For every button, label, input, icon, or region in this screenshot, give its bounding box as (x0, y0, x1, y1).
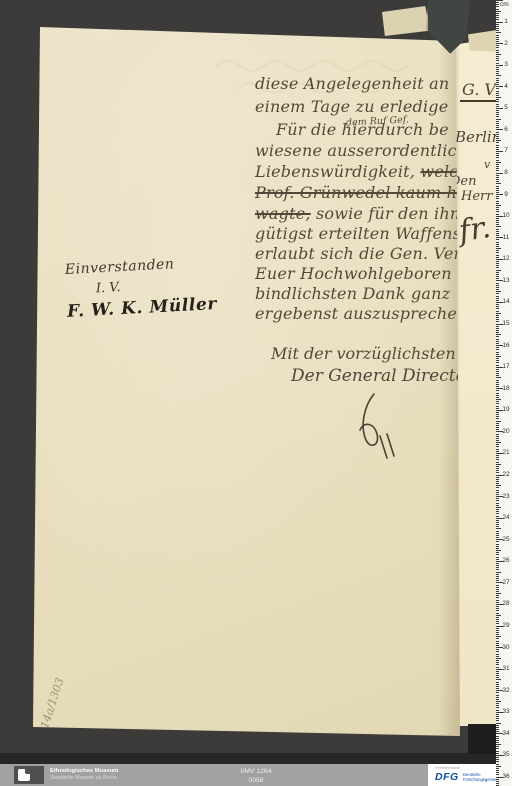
ruler-tick (496, 244, 499, 245)
ruler-tick (496, 427, 499, 428)
ruler-tick (496, 250, 499, 251)
ruler-tick (496, 479, 499, 480)
handwriting-line: wiesene ausserordentlic (255, 141, 457, 160)
ruler-tick (496, 764, 499, 765)
ruler-tick (496, 356, 501, 357)
ruler-tick (496, 660, 499, 661)
ruler-tick (496, 403, 499, 404)
ruler-number: 17 (501, 363, 511, 370)
ruler-tick (496, 326, 499, 327)
ruler-tick (496, 261, 499, 262)
ruler-tick (496, 41, 499, 42)
ruler-number: 30 (501, 644, 511, 651)
ruler-tick (496, 768, 499, 769)
ruler-tick (496, 528, 501, 529)
ruler-tick (496, 658, 501, 659)
ruler-tick (496, 375, 499, 376)
ruler-tick (496, 231, 499, 232)
ruler-tick (496, 164, 499, 165)
ruler-tick (496, 531, 499, 532)
ruler-tick (496, 132, 499, 133)
ruler-number: 9 (501, 191, 511, 198)
ruler-tick (496, 125, 499, 126)
ruler-tick (496, 207, 499, 208)
ruler-number: 2 (501, 40, 511, 47)
ruler-number: 14 (501, 298, 511, 305)
ruler-tick (496, 707, 499, 708)
ruler-tick (496, 662, 499, 663)
ruler-number: 31 (501, 665, 511, 672)
ruler-tick (496, 416, 499, 417)
ruler-tick (496, 26, 499, 27)
ruler-tick (496, 736, 499, 737)
ruler-tick (496, 222, 499, 223)
ruler-tick (496, 352, 499, 353)
ruler-tick (496, 192, 499, 193)
ruler-tick (496, 770, 499, 771)
handwriting-line: Prof. Grünwedel kaum hoffe (255, 183, 489, 202)
ruler-tick (496, 6, 499, 7)
handwriting-text: einem Tage zu erledige (255, 97, 448, 116)
ruler-tick (496, 697, 499, 698)
ruler-tick (496, 196, 499, 197)
ruler-tick (496, 332, 499, 333)
ruler-tick (496, 438, 499, 439)
ruler-tick (496, 591, 499, 592)
torn-paper-fragment (382, 6, 430, 36)
manuscript-page: diese Angelegenheit aneinem Tage zu erle… (28, 24, 464, 738)
ruler-tick (496, 714, 499, 715)
ruler-tick (496, 412, 499, 413)
ruler-tick (496, 380, 499, 381)
ruler-number: 3 (501, 61, 511, 68)
ruler-tick (496, 58, 499, 59)
handwriting-text: Liebenswürdigkeit, (255, 162, 420, 181)
ruler-tick (496, 634, 499, 635)
ruler-tick (496, 386, 499, 387)
ruler-tick (496, 401, 499, 402)
ruler-number: 23 (501, 493, 511, 500)
ruler-tick (496, 569, 499, 570)
ruler-tick (496, 119, 501, 120)
ruler-tick (496, 444, 499, 445)
ruler-tick (496, 602, 499, 603)
ruler-tick (496, 190, 499, 191)
ruler-tick (496, 492, 499, 493)
ruler-tick (496, 384, 499, 385)
ruler-number: 11 (501, 234, 511, 241)
ruler-tick (496, 505, 499, 506)
ruler-number: 21 (501, 449, 511, 456)
ruler-tick (496, 761, 499, 762)
second-sheet-line: v (484, 158, 490, 171)
ruler-tick (496, 619, 499, 620)
ruler-tick (496, 147, 499, 148)
ruler-tick (496, 524, 499, 525)
approval-block: Einverstanden I. V. F. W. K. Müller (65, 254, 218, 322)
ruler-tick (496, 470, 499, 471)
handwriting-line: ergebenst auszusprechen. (255, 304, 473, 323)
ruler-tick (496, 418, 499, 419)
ruler-tick (496, 654, 499, 655)
ruler-tick (496, 421, 501, 422)
ruler-tick (496, 757, 499, 758)
ruler-number: 26 (501, 557, 511, 564)
ruler-tick (496, 47, 499, 48)
ruler-tick (496, 188, 499, 189)
ruler-tick (496, 423, 499, 424)
ruler-tick (496, 723, 501, 724)
ruler-tick (496, 436, 499, 437)
ruler-number: 12 (501, 255, 511, 262)
ruler-tick (496, 615, 501, 616)
ruler-tick (496, 481, 499, 482)
ruler-tick (496, 701, 501, 702)
ruler-tick (496, 198, 499, 199)
ruler-tick (496, 30, 499, 31)
ruler-tick (496, 546, 499, 547)
ruler-tick (496, 526, 499, 527)
ruler-tick (496, 686, 499, 687)
ruler-tick (496, 632, 499, 633)
ruler-tick (496, 272, 499, 273)
ruler-number: 19 (501, 406, 511, 413)
ruler-tick (496, 334, 501, 335)
ruler-tick (496, 153, 499, 154)
ruler-tick (496, 274, 499, 275)
handwriting-line: bindlichsten Dank ganz (255, 284, 450, 303)
ruler-number: 5 (501, 104, 511, 111)
ruler-tick (496, 753, 499, 754)
ruler-tick (496, 511, 499, 512)
ruler-number: 28 (501, 600, 511, 607)
ruler-tick (496, 246, 499, 247)
ruler-tick (496, 50, 499, 51)
ruler-tick (496, 52, 499, 53)
ruler-tick (496, 306, 499, 307)
ruler-tick (496, 382, 499, 383)
ruler-tick (496, 214, 499, 215)
ruler-tick (496, 738, 499, 739)
ruler-tick (496, 593, 501, 594)
ruler-tick (496, 203, 499, 204)
ruler-tick (496, 485, 501, 486)
ruler-tick (496, 477, 499, 478)
ruler-tick (496, 429, 499, 430)
ruler-number: 6 (501, 126, 511, 133)
second-sheet-line: Herr (461, 189, 492, 204)
ruler-tick (496, 239, 499, 240)
ruler-tick (496, 684, 499, 685)
ruler-number: 34 (501, 730, 511, 737)
ruler-tick (496, 537, 499, 538)
ruler-tick (496, 727, 499, 728)
ruler-tick (496, 552, 499, 553)
ruler-tick (496, 682, 499, 683)
ruler-tick (496, 315, 499, 316)
ruler-tick (496, 425, 499, 426)
handwriting-text: wiesene ausserordentlic (255, 141, 457, 160)
ruler-tick (496, 235, 499, 236)
ruler-tick (496, 434, 499, 435)
ruler-tick (496, 145, 499, 146)
ruler-tick (496, 97, 501, 98)
ruler-tick (496, 229, 499, 230)
handwriting-line: gütigst erteilten Waffensch (255, 224, 481, 243)
ruler-tick (496, 703, 499, 704)
ruler-tick (496, 201, 499, 202)
ruler-tick (496, 278, 499, 279)
closing-title: Der General Director (291, 366, 474, 386)
ruler-tick (496, 183, 501, 184)
ruler-tick (496, 308, 499, 309)
ruler-tick (496, 630, 499, 631)
ruler-tick (496, 628, 499, 629)
ruler-tick (496, 285, 499, 286)
ruler-tick (496, 28, 499, 29)
ruler-tick (496, 263, 499, 264)
ruler-tick (496, 123, 499, 124)
ruler-number: 1 (501, 18, 511, 25)
ruler-tick (496, 548, 499, 549)
ruler-tick (496, 554, 499, 555)
ruler-tick (496, 774, 499, 775)
ruler-tick (496, 24, 499, 25)
ruler-tick (496, 15, 499, 16)
ruler-tick (496, 572, 501, 573)
pencil-shelfmark-note: 14a/1303 (38, 676, 67, 730)
ruler-tick (496, 319, 499, 320)
ruler-tick (496, 84, 499, 85)
ruler-tick (496, 446, 499, 447)
ruler-tick (496, 595, 499, 596)
ruler-tick (496, 600, 499, 601)
ruler-tick (496, 233, 499, 234)
ruler-tick (496, 565, 499, 566)
ruler-tick (496, 507, 501, 508)
ruler-tick (496, 252, 499, 253)
ruler-tick (496, 336, 499, 337)
ruler-tick (496, 209, 499, 210)
ruler-tick (496, 67, 499, 68)
ruler-number: 29 (501, 622, 511, 629)
ruler-tick (496, 265, 499, 266)
ruler-tick (496, 597, 499, 598)
handwriting-text: erlaubt sich die Gen. Verw (255, 244, 475, 263)
ruler-tick (496, 224, 499, 225)
ruler-tick (496, 705, 499, 706)
ruler-tick (496, 140, 501, 141)
ruler-tick (496, 177, 499, 178)
ruler-tick (496, 559, 499, 560)
scan-viewport: G. V Berlin v Den Herr fr. diese Angeleg… (0, 0, 512, 786)
ruler-tick (496, 688, 499, 689)
ruler-tick (496, 328, 499, 329)
ruler-tick (496, 166, 499, 167)
ruler-tick (496, 390, 499, 391)
ruler-tick (496, 255, 499, 256)
ruler-tick (496, 75, 501, 76)
ruler-tick (496, 54, 501, 55)
struck-text: Prof. Grünwedel kaum hoffe (255, 183, 489, 202)
ruler-tick (496, 276, 499, 277)
ruler-tick (496, 651, 499, 652)
ruler-unit-label: cm (500, 1, 509, 8)
ruler-tick (496, 101, 499, 102)
ruler-tick (496, 472, 499, 473)
ruler-tick (496, 321, 499, 322)
ruler-tick (496, 451, 499, 452)
ruler-tick (496, 462, 499, 463)
ruler-tick (496, 503, 499, 504)
ruler-tick (496, 541, 499, 542)
ruler-number: 35 (501, 751, 511, 758)
ruler-tick (496, 242, 499, 243)
ruler-tick (496, 289, 499, 290)
ruler-tick (496, 300, 499, 301)
ruler-tick (496, 585, 499, 586)
ruler-tick (496, 550, 501, 551)
ruler-tick (496, 73, 499, 74)
ruler-tick (496, 45, 499, 46)
ruler-number: 15 (501, 320, 511, 327)
ruler-tick (496, 643, 499, 644)
ruler-tick (496, 291, 501, 292)
ruler-tick (496, 468, 499, 469)
ruler-number: 16 (501, 342, 511, 349)
ruler-tick (496, 781, 499, 782)
ruler-tick (496, 13, 499, 14)
ruler-tick (496, 134, 499, 135)
ruler-tick (496, 0, 503, 1)
ruler-tick (496, 563, 499, 564)
ruler-tick (496, 168, 499, 169)
ruler-tick (496, 91, 499, 92)
digitization-footer: Ethnologisches Museum Staatliche Museen … (0, 764, 512, 786)
ruler-tick (496, 580, 499, 581)
handwriting-line: einem Tage zu erledige (255, 97, 448, 116)
handwriting-text: gütigst erteilten Waffensch (255, 224, 481, 243)
ruler-tick (496, 104, 499, 105)
ruler-tick (496, 160, 499, 161)
ruler-tick (496, 175, 499, 176)
ruler-number: 36 (501, 773, 511, 780)
ruler-tick (496, 37, 499, 38)
ruler-number: 25 (501, 536, 511, 543)
ruler-number: 24 (501, 514, 511, 521)
ruler-tick (496, 181, 499, 182)
ruler-tick (496, 522, 499, 523)
ruler-tick (496, 578, 499, 579)
ruler-tick (496, 95, 499, 96)
ruler-tick (496, 71, 499, 72)
ruler-number: 22 (501, 471, 511, 478)
ruler-tick (496, 716, 499, 717)
ruler-tick (496, 373, 499, 374)
ruler-tick (496, 414, 499, 415)
ruler-tick (496, 121, 499, 122)
ruler-tick (496, 4, 499, 5)
ruler-tick (496, 347, 499, 348)
ruler-tick (496, 11, 501, 12)
ruler-tick (496, 746, 499, 747)
ruler-tick (496, 343, 499, 344)
ruler-tick (496, 740, 499, 741)
ruler-tick (496, 162, 501, 163)
ruler-tick (496, 371, 499, 372)
ruler-tick (496, 613, 499, 614)
ruler-tick (496, 365, 499, 366)
ruler-tick (496, 32, 501, 33)
ruler-tick (496, 106, 499, 107)
ruler-tick (496, 664, 499, 665)
ruler-tick (496, 766, 501, 767)
handwriting-text: sowie für den ihm (311, 204, 466, 223)
ruler-tick (496, 779, 499, 780)
ruler-tick (496, 205, 501, 206)
ruler-tick (496, 149, 499, 150)
ruler-tick (496, 257, 499, 258)
ruler-number: 18 (501, 385, 511, 392)
second-sheet-line: Berlin (455, 128, 501, 146)
ruler-tick (496, 114, 499, 115)
ruler-tick (496, 179, 499, 180)
ruler-tick (496, 617, 499, 618)
ruler-tick (496, 718, 499, 719)
ruler-tick (496, 116, 499, 117)
ruler-tick (496, 744, 501, 745)
ruler-tick (496, 667, 499, 668)
ruler-tick (496, 330, 499, 331)
ruler-tick (496, 406, 499, 407)
ruler-tick (496, 93, 499, 94)
ruler-tick (496, 399, 501, 400)
ruler-tick (496, 679, 501, 680)
ruler-tick (496, 313, 501, 314)
ruler-tick (496, 710, 499, 711)
ruler-tick (496, 544, 499, 545)
ruler-tick (496, 608, 499, 609)
ruler-tick (496, 112, 499, 113)
ruler-tick (496, 136, 499, 137)
ruler-tick (496, 2, 499, 3)
ruler-tick (496, 17, 499, 18)
ruler-tick (496, 267, 499, 268)
ruler-tick (496, 748, 499, 749)
handwriting-text: ergebenst auszusprechen. (255, 304, 473, 323)
ruler-tick (496, 220, 499, 221)
ruler-tick (496, 170, 499, 171)
ruler-tick (496, 270, 501, 271)
ruler-tick (496, 729, 499, 730)
ruler-tick (496, 127, 499, 128)
ruler-number: 20 (501, 428, 511, 435)
ruler-tick (496, 88, 499, 89)
ruler-tick (496, 459, 499, 460)
ruler-tick (496, 293, 499, 294)
ruler-tick (496, 339, 499, 340)
ruler-tick (496, 772, 499, 773)
ruler-tick (496, 408, 499, 409)
ruler-tick (496, 218, 499, 219)
ruler-tick (496, 606, 499, 607)
ruler-tick (496, 9, 499, 10)
ruler-tick (496, 699, 499, 700)
cm-ruler: cm 1234567891011121314151617181920212223… (496, 0, 512, 786)
ruler-tick (496, 449, 499, 450)
ruler-tick (496, 457, 499, 458)
background-shadow-strip (0, 753, 512, 764)
